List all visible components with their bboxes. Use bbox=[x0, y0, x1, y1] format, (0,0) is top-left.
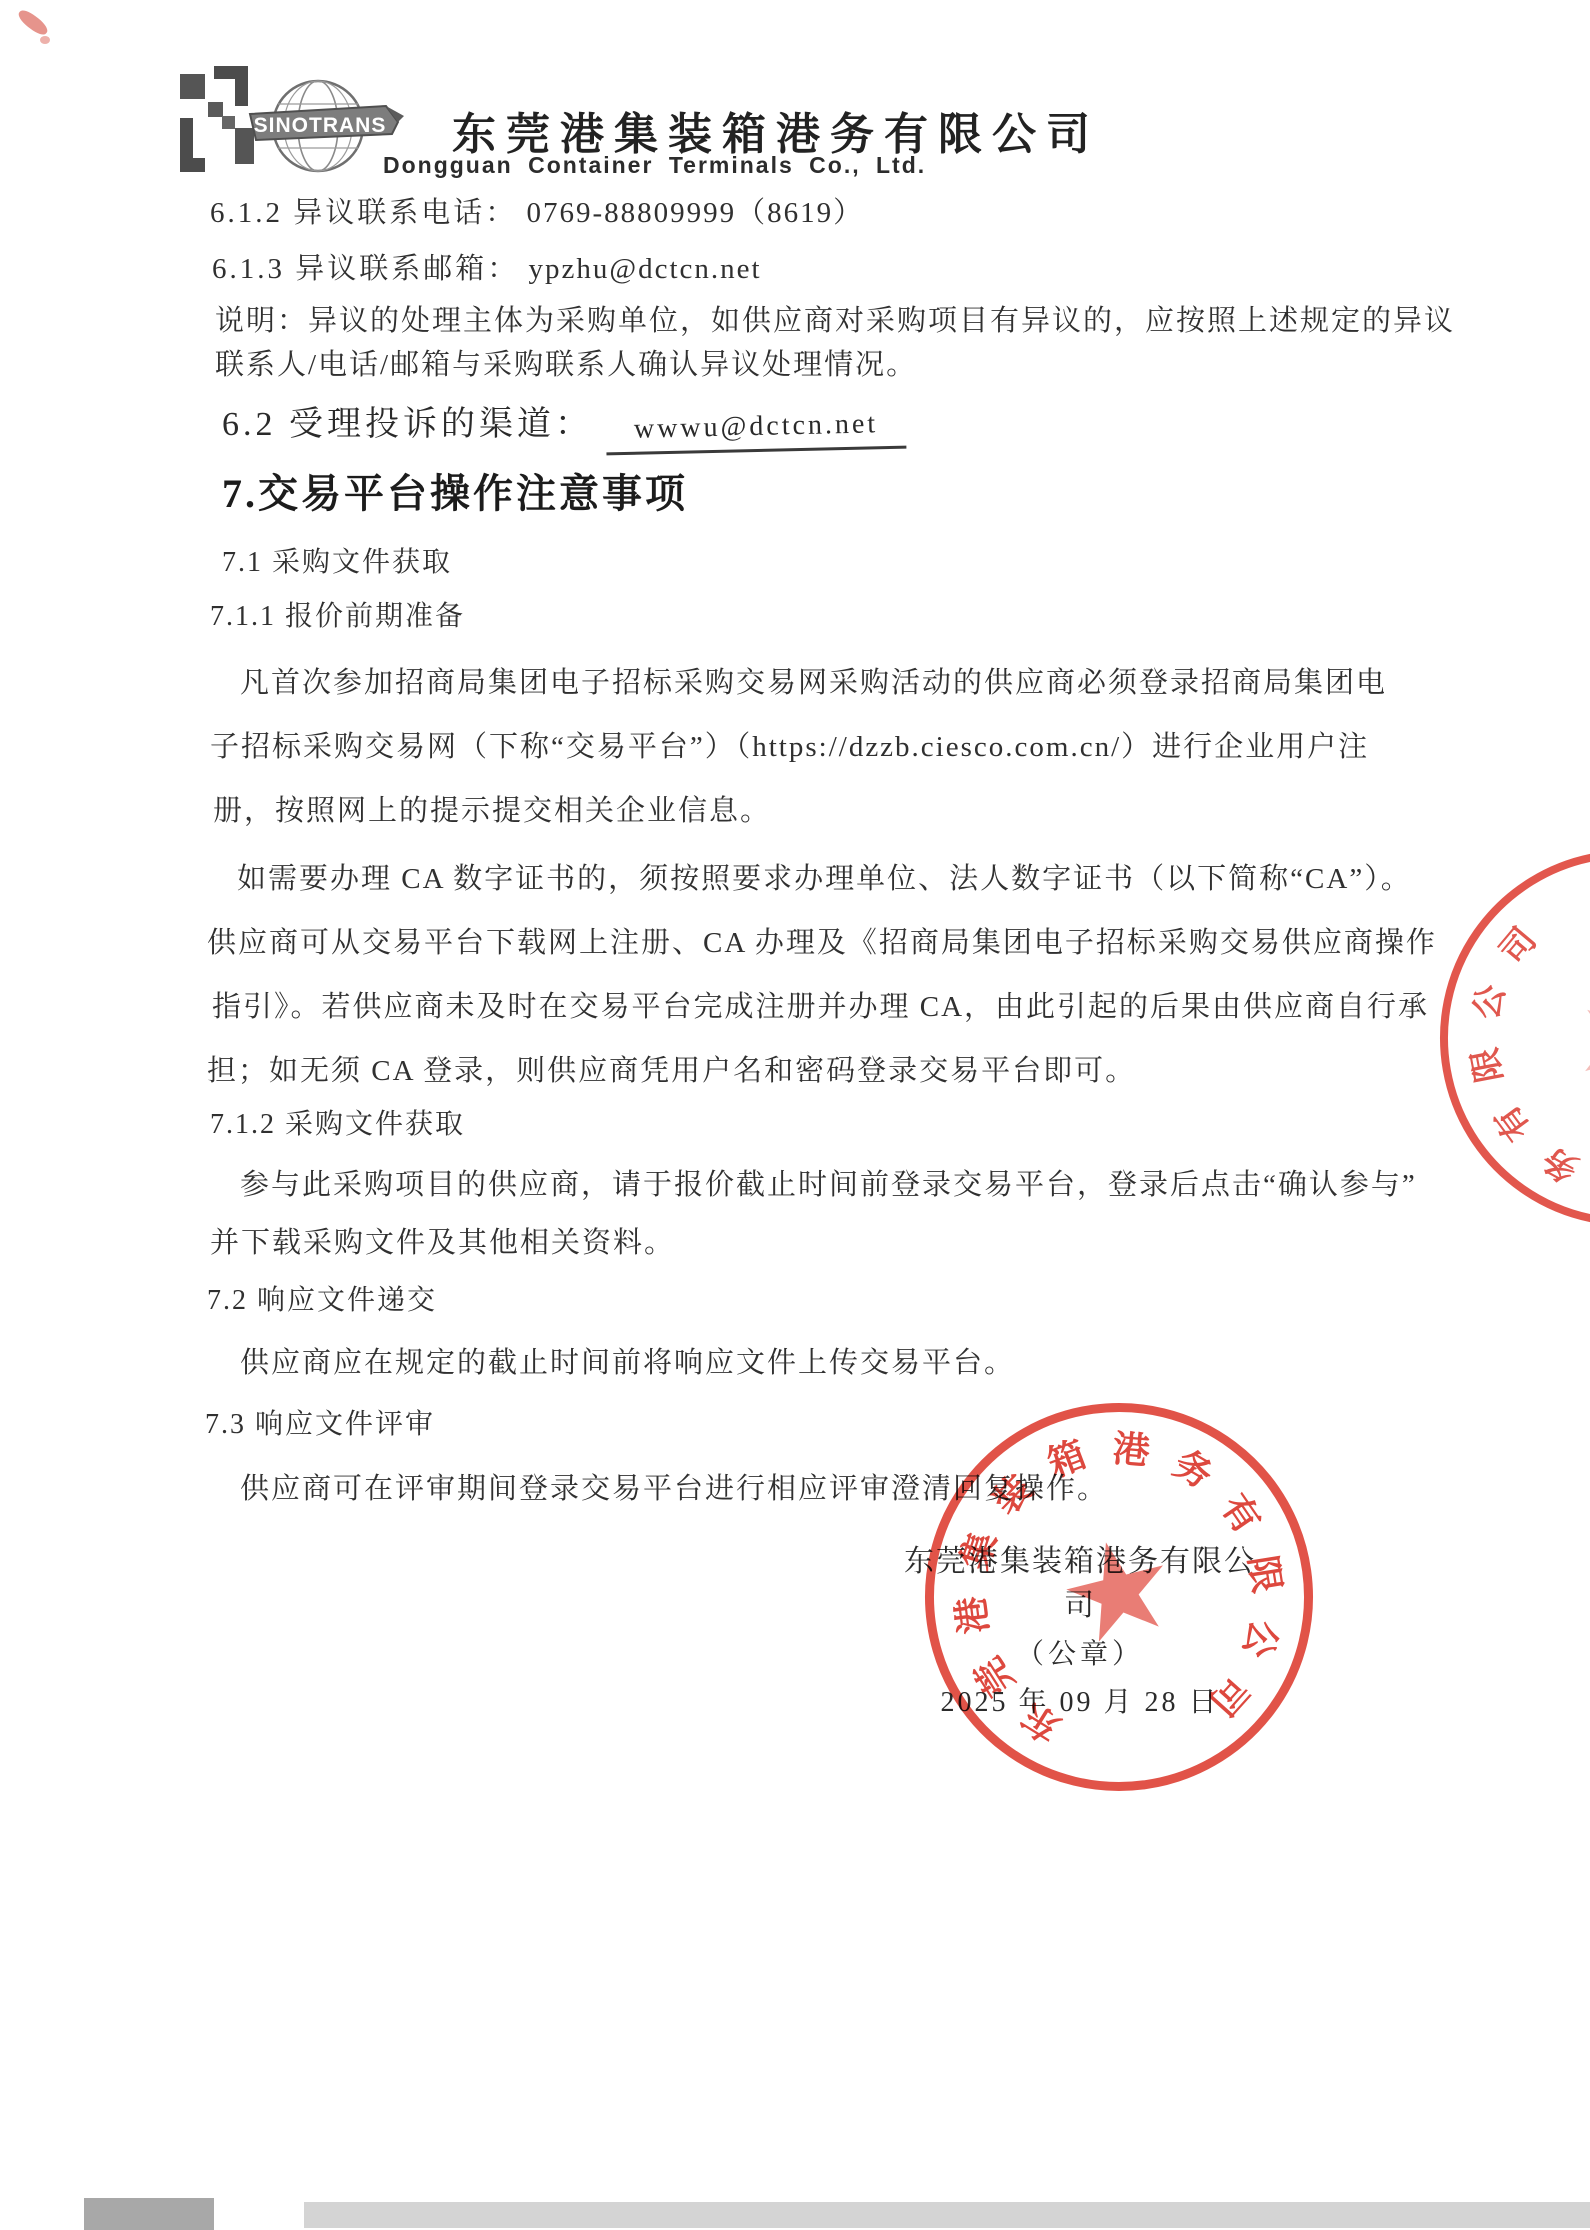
red-scan-smudge bbox=[16, 7, 51, 38]
paragraph-2-line-3: 指引》。若供应商未及时在交易平台完成注册并办理 CA，由此引起的后果由供应商自行… bbox=[212, 984, 1429, 1025]
sinotrans-globe-icon: SINOTRANS bbox=[246, 70, 406, 182]
contact-email-value: ypzhu@dctcn.net bbox=[529, 253, 762, 285]
red-scan-smudge-dot bbox=[40, 36, 50, 44]
section-7-title: 7.交易平台操作注意事项 bbox=[222, 462, 688, 519]
contact-email-label: 6.1.3 异议联系邮箱： bbox=[212, 253, 519, 285]
seal-ring-character: 司 bbox=[1491, 919, 1547, 975]
contact-phone-label: 6.1.2 异议联系电话： bbox=[210, 197, 517, 229]
section-7-3-title: 7.3 响应文件评审 bbox=[205, 1402, 435, 1442]
paragraph-4: 供应商应在规定的截止时间前将响应文件上传交易平台。 bbox=[240, 1340, 1015, 1381]
seal-ring-character: 有 bbox=[1486, 1094, 1542, 1150]
paragraph-1-line-2: 子招标采购交易网（下称“交易平台”）（https://dzzb.ciesco.c… bbox=[210, 724, 1369, 765]
seal-star-icon: ★ bbox=[1555, 965, 1590, 1122]
company-name-en: Dongguan Container Terminals Co., Ltd. bbox=[383, 152, 926, 179]
scan-edge-strip-dark bbox=[84, 2198, 214, 2230]
note-line-1: 说明：异议的处理主体为采购单位，如供应商对采购项目有异议的，应按照上述规定的异议 bbox=[215, 298, 1455, 339]
signature-company: 东莞港集装箱港务有限公司 bbox=[900, 1536, 1260, 1624]
seal-ring-character: 港 bbox=[1109, 1430, 1152, 1473]
signature-block: 东莞港集装箱港务有限公司 （公章） 2025 年 09 月 28 日 bbox=[900, 1536, 1260, 1720]
complaint-email-value: wwwu@dctcn.net bbox=[605, 408, 906, 456]
paragraph-5: 供应商可在评审期间登录交易平台进行相应评审澄清回复操作。 bbox=[240, 1466, 1108, 1507]
note-line-2: 联系人/电话/邮箱与采购联系人确认异议处理情况。 bbox=[215, 342, 917, 383]
section-7-2-title: 7.2 响应文件递交 bbox=[207, 1278, 437, 1318]
paragraph-1-line-3: 册，按照网上的提示提交相关企业信息。 bbox=[213, 788, 771, 829]
seal-ring-character: 限 bbox=[1465, 1041, 1512, 1088]
signature-date: 2025 年 09 月 28 日 bbox=[900, 1680, 1260, 1720]
paragraph-2-line-4: 担；如无须 CA 登录，则供应商凭用户名和密码登录交易平台即可。 bbox=[207, 1048, 1136, 1089]
seal-ring-character: 有 bbox=[1212, 1487, 1268, 1543]
section-7-1-2-title: 7.1.2 采购文件获取 bbox=[210, 1102, 465, 1142]
line-complaint-channel: 6.2 受理投诉的渠道： wwwu@dctcn.net bbox=[222, 396, 906, 452]
paragraph-2-line-1: 如需要办理 CA 数字证书的，须按照要求办理单位、法人数字证书（以下简称“CA”… bbox=[237, 856, 1412, 897]
seal-ring-character: 公 bbox=[1466, 978, 1515, 1027]
section-7-1-1-title: 7.1.1 报价前期准备 bbox=[210, 594, 465, 634]
section-7-1-title: 7.1 采购文件获取 bbox=[222, 540, 452, 580]
paragraph-2-line-2: 供应商可从交易平台下载网上注册、CA 办理及《招商局集团电子招标采购交易供应商操… bbox=[207, 920, 1437, 961]
seal-ring-character: 务 bbox=[1165, 1443, 1220, 1498]
paragraph-3-line-1: 参与此采购项目的供应商，请于报价截止时间前登录交易平台，登录后点击“确认参与” bbox=[240, 1162, 1417, 1203]
scan-edge-strip bbox=[84, 2202, 1590, 2228]
seal-ring-character: 务 bbox=[1534, 1136, 1588, 1190]
scanned-document-page: SINOTRANS 东莞港集装箱港务有限公司 Dongguan Containe… bbox=[0, 0, 1590, 2230]
paragraph-3-line-2: 并下载采购文件及其他相关资料。 bbox=[210, 1220, 675, 1261]
scan-edge-strip-gap bbox=[214, 2198, 304, 2230]
signature-seal-note: （公章） bbox=[900, 1632, 1260, 1672]
contact-phone-value: 0769-88809999（8619） bbox=[527, 197, 865, 229]
complaint-label: 6.2 受理投诉的渠道： bbox=[222, 406, 593, 443]
paragraph-1-line-1: 凡首次参加招商局集团电子招标采购交易网采购活动的供应商必须登录招商局集团电 bbox=[240, 660, 1387, 701]
line-contact-phone: 6.1.2 异议联系电话： 0769-88809999（8619） bbox=[210, 190, 864, 231]
line-contact-email: 6.1.3 异议联系邮箱： ypzhu@dctcn.net bbox=[212, 246, 762, 287]
partial-seal-stamp: ★ 东莞港集装箱港务有限公司 bbox=[1410, 820, 1590, 1256]
svg-text:SINOTRANS: SINOTRANS bbox=[254, 114, 387, 137]
